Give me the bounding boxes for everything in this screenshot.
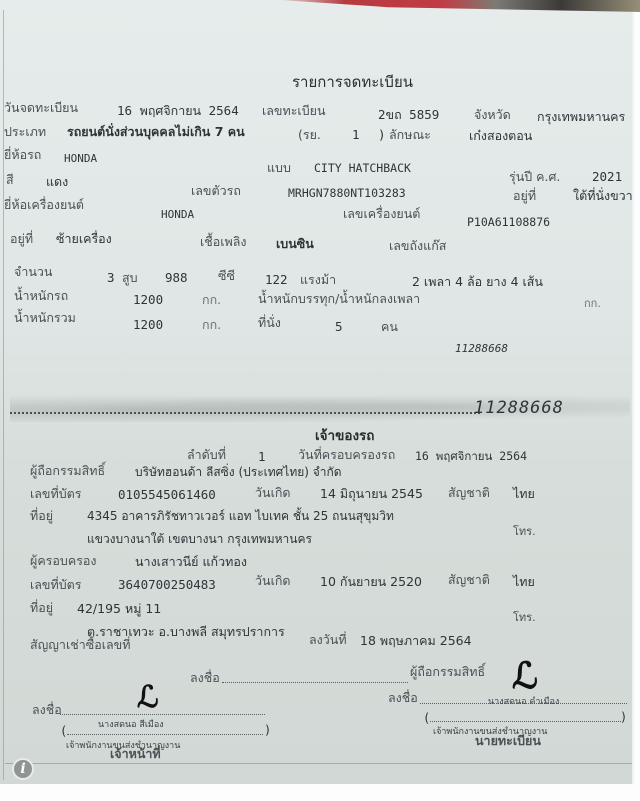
holder-address-line2: แขวงบางนาใต้ เขตบางนา กรุงเทพมหานคร	[87, 531, 312, 547]
ry-value: 1	[352, 127, 360, 143]
gas-tank-label: เลขถังแก๊ส	[389, 238, 446, 254]
color-label: สี	[6, 172, 14, 188]
weight-value: 1200	[133, 292, 163, 308]
plate-label: เลขทะเบียน	[262, 103, 326, 119]
officer-sign-line	[60, 714, 265, 715]
registrar-sign-label: ลงชื่อ	[388, 690, 418, 706]
possessor-tel-label: โทร.	[513, 610, 536, 626]
separator-dots	[10, 412, 480, 414]
axles-wheels-value: 2 เพลา 4 ล้อ ยาง 4 เส้น	[412, 274, 543, 290]
seats-unit: คน	[381, 319, 398, 335]
possessor-address-line1: 42/195 หมู่ 11	[77, 601, 161, 617]
possessor-label: ผู้ครอบครอง	[30, 553, 97, 569]
reg-date-value: 16 พฤศจิกายน 2564	[117, 103, 239, 119]
info-button[interactable]: i	[12, 758, 34, 780]
officer-paren-open: (	[60, 723, 67, 739]
holder-dob-value: 14 มิถุนายน 2545	[320, 486, 423, 502]
holder-id-label: เลขที่บัตร	[30, 486, 81, 502]
holder-label: ผู้ถือกรรมสิทธิ์	[30, 463, 105, 479]
registrar-paren-open: (	[423, 710, 430, 726]
engine-brand-label: ยี่ห้อเครื่องยนต์	[4, 197, 84, 213]
color-value: แดง	[46, 174, 68, 190]
holder-value: บริษัทฮอนด้า ลีสซิ่ง (ประเทศไทย) จำกัด	[135, 464, 342, 480]
registrar-paren-line	[430, 721, 621, 722]
province-value: กรุงเทพมหานคร	[537, 109, 625, 125]
possession-date-label: วันที่ครอบครองรถ	[298, 447, 395, 463]
seats-value: 5	[335, 319, 343, 335]
possessor-dob-label: วันเกิด	[255, 573, 291, 589]
seats-label: ที่นั่ง	[258, 315, 281, 331]
holder-address-line1: 4345 อาคารภิรัชทาวเวอร์ แอท ไบเทค ชั้น 2…	[87, 508, 394, 524]
order-label: ลำดับที่	[187, 447, 226, 463]
owner-section-title: เจ้าของรถ	[315, 428, 374, 444]
officer-role: เจ้าหน้าที่	[110, 746, 161, 762]
possessor-nationality-value: ไทย	[513, 574, 535, 590]
officer-paren-line	[67, 734, 263, 735]
possessor-id-value: 3640700250483	[118, 577, 216, 593]
info-icon: i	[20, 761, 25, 777]
ry-label: (รย.	[298, 127, 321, 143]
chassis-value: MRHGN7880NT103283	[288, 185, 406, 201]
possessor-nationality-label: สัญชาติ	[448, 572, 490, 588]
year-value: 2021	[592, 169, 622, 185]
model-value: CITY HATCHBACK	[314, 160, 411, 176]
officer-sign-label: ลงชื่อ	[32, 702, 62, 718]
province-label: จังหวัด	[474, 107, 511, 123]
possessor-dob-value: 10 กันยายน 2520	[320, 574, 422, 590]
officer-signature: ℒ	[137, 680, 159, 715]
bottom-rule	[5, 763, 632, 764]
hp-unit: แรงม้า	[300, 272, 336, 288]
count-label: จำนวน	[14, 264, 52, 280]
hire-purchase-label: สัญญาเช่าซื้อเลขที่	[30, 637, 130, 653]
weight-unit: กก.	[202, 292, 221, 308]
reference-number: 11288668	[455, 341, 508, 357]
load-weight-label: น้ำหนักบรรทุก/น้ำหนักลงเพลา	[258, 291, 420, 307]
holder-dob-label: วันเกิด	[255, 485, 291, 501]
chassis-location-value: ใต้ที่นั่งขวา	[573, 188, 633, 204]
engine-brand-value: HONDA	[161, 207, 194, 223]
holder-nationality-label: สัญชาติ	[448, 485, 490, 501]
gross-weight-value: 1200	[133, 317, 163, 333]
fuel-label: เชื้อเพลิง	[200, 234, 247, 250]
chassis-location-label: อยู่ที่	[513, 188, 536, 204]
possessor-id-label: เลขที่บัตร	[30, 577, 81, 593]
gross-weight-unit: กก.	[202, 317, 221, 333]
holder-sign-role: ผู้ถือกรรมสิทธิ์	[410, 664, 485, 680]
cc-value: 988	[165, 270, 188, 286]
brand-value: HONDA	[64, 151, 97, 167]
chassis-label: เลขตัวรถ	[191, 183, 241, 199]
engine-number-label: เลขเครื่องยนต์	[343, 206, 420, 222]
style-label: ลักษณะ	[389, 127, 431, 143]
possessor-value: นางเสาวนีย์ แก้วทอง	[135, 554, 247, 570]
ry-close: )	[378, 127, 386, 143]
engine-number-value: P10A61108876	[467, 214, 550, 230]
holder-nationality-value: ไทย	[513, 486, 535, 502]
engine-location-value: ซ้ายเครื่อง	[56, 231, 112, 247]
holder-tel-label: โทร.	[513, 524, 536, 540]
cc-unit: ซีซี	[218, 268, 235, 284]
brand-label: ยี่ห้อรถ	[4, 147, 41, 163]
possessor-address-label: ที่อยู่	[30, 600, 53, 616]
fuel-value: เบนซิน	[276, 236, 314, 252]
year-label: รุ่นปี ค.ศ.	[509, 169, 560, 185]
load-weight-unit: กก.	[584, 296, 601, 312]
officer-name: นางสดนอ สีเมือง	[98, 717, 164, 733]
type-value: รถยนต์นั่งส่วนบุคคลไม่เกิน 7 คน	[67, 124, 245, 140]
registrar-role: นายทะเบียน	[475, 733, 541, 749]
holder-address-label: ที่อยู่	[30, 508, 53, 524]
signed-date-label: ลงวันที่	[309, 632, 347, 648]
officer-paren-close: )	[264, 722, 271, 738]
gross-weight-label: น้ำหนักรวม	[14, 310, 76, 326]
cylinders-unit: สูบ	[122, 270, 138, 286]
engine-location-label: อยู่ที่	[10, 231, 33, 247]
holder-id-value: 0105545061460	[118, 487, 216, 503]
holder-sign-label: ลงชื่อ	[190, 670, 220, 686]
weight-label: น้ำหนักรถ	[14, 288, 68, 304]
holder-sign-line	[222, 682, 408, 683]
cylinders-value: 3	[107, 270, 115, 286]
order-value: 1	[258, 449, 266, 465]
registrar-signature: ℒ	[512, 655, 538, 697]
hp-value: 122	[265, 272, 288, 288]
plate-value: 2ขถ 5859	[378, 107, 439, 123]
possession-date-value: 16 พฤศจิกายน 2564	[415, 448, 527, 464]
model-label: แบบ	[267, 160, 291, 176]
registrar-name: นางสดนอ คำเมือง	[488, 694, 559, 710]
stamped-reference-number: 11288668	[474, 400, 564, 416]
registrar-paren-close: )	[620, 709, 627, 725]
signed-date-value: 18 พฤษภาคม 2564	[360, 633, 472, 649]
document-title: รายการจดทะเบียน	[292, 74, 413, 90]
style-value: เก๋งสองตอน	[469, 128, 532, 144]
reg-date-label: วันจดทะเบียน	[4, 100, 78, 116]
type-label: ประเภท	[4, 124, 46, 140]
